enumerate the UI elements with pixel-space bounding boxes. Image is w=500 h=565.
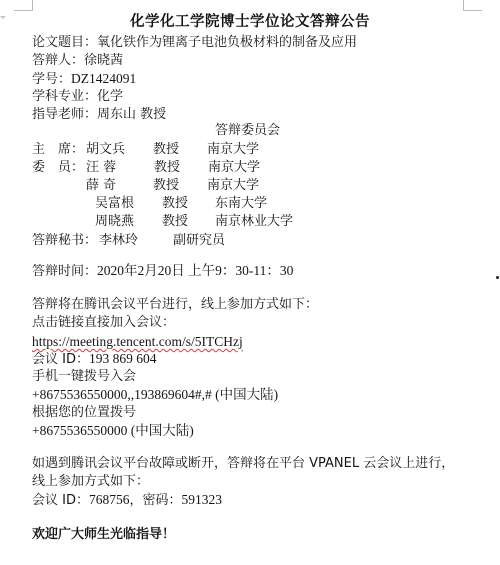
secretary-name: 李林玲: [99, 232, 138, 249]
major-label: 学科专业：: [32, 89, 97, 104]
thesis-value: 氧化铁作为锂离子电池负极材料的制备及应用: [97, 35, 357, 50]
backup-meeting-id: 768756: [89, 492, 130, 507]
student-id-value: DZ1424091: [71, 71, 136, 86]
secretary-title: 副研究员: [173, 232, 225, 249]
committee-member-name: 吴富根: [95, 195, 134, 212]
committee-member-title: 教授: [162, 195, 188, 212]
committee-member-affiliation: 南京大学: [207, 141, 259, 158]
advisor-line: 指导老师：周东山 教授: [32, 106, 166, 123]
chair-label: 主 席：: [32, 141, 84, 158]
committee-member-title: 教授: [153, 177, 179, 194]
secretary-label: 答辩秘书：: [32, 232, 97, 249]
candidate-line: 答辩人：徐晓茜: [32, 52, 123, 69]
meeting-url[interactable]: https://meeting.tencent.com/s/5ITCHzj: [32, 334, 243, 349]
meeting-id-value: 193 869 604: [89, 351, 157, 366]
location-prompt: 根据您的位置拨号: [32, 404, 136, 421]
backup-meeting-line: 会议 ID：768756，密码：591323: [32, 491, 222, 509]
committee-member-affiliation: 南京大学: [208, 159, 260, 176]
advisor-value: 周东山 教授: [97, 107, 166, 122]
candidate-value: 徐晓茜: [84, 53, 123, 68]
committee-member-name: 周晓燕: [95, 213, 134, 230]
backup-password: 591323: [182, 492, 223, 507]
backup-password-label: ，密码：: [129, 493, 181, 508]
candidate-label: 答辩人：: [32, 53, 84, 68]
defense-time-line: 答辩时间：2020年2月20日 上午9：30-11：30: [32, 262, 293, 280]
committee-member-name: 胡文兵: [86, 141, 125, 158]
committee-member-affiliation: 南京大学: [207, 177, 259, 194]
phone-one-tap: +8675536550000,,193869604#,# (中国大陆): [32, 386, 278, 403]
backup-meeting-label: 会议 ID：: [32, 493, 89, 508]
major-value: 化学: [97, 89, 123, 104]
phone-location: +8675536550000 (中国大陆): [32, 422, 194, 439]
committee-member-title: 教授: [154, 159, 180, 176]
member-label: 委 员：: [32, 159, 84, 176]
committee-member-name: 薛 奇: [86, 177, 116, 194]
meeting-link[interactable]: https://meeting.tencent.com/s/5ITCHzj: [32, 333, 243, 351]
committee-member-title: 教授: [162, 213, 188, 230]
thesis-label: 论文题目：: [32, 35, 97, 50]
student-id-line: 学号：DZ1424091: [32, 70, 136, 88]
bullet-dot-icon: [496, 276, 499, 279]
defense-time-value: 2020年2月20日 上午9：30-11：30: [97, 263, 293, 278]
backup-line-2: 线上参加方式如下：: [32, 473, 149, 490]
margin-corner-mark-right: [463, 0, 482, 11]
document-title: 化学化工学院博士学位论文答辩公告: [0, 12, 500, 32]
link-prompt: 点击链接直接加入会议：: [32, 314, 175, 331]
phone-prompt: 手机一键拨号入会: [32, 368, 136, 385]
defense-time-label: 答辩时间：: [32, 264, 97, 279]
major-line: 学科专业：化学: [32, 88, 123, 105]
document-page: 化学化工学院博士学位论文答辩公告 论文题目：氧化铁作为锂离子电池负极材料的制备及…: [0, 0, 500, 565]
committee-heading: 答辩委员会: [215, 122, 280, 139]
student-id-label: 学号：: [32, 72, 71, 87]
meeting-id-label: 会议 ID：: [32, 352, 89, 367]
committee-member-name: 汪 蓉: [86, 159, 116, 176]
committee-member-title: 教授: [153, 141, 179, 158]
meeting-id-line: 会议 ID：193 869 604: [32, 350, 156, 368]
thesis-line: 论文题目：氧化铁作为锂离子电池负极材料的制备及应用: [32, 34, 357, 51]
online-intro: 答辩将在腾讯会议平台进行，线上参加方式如下：: [32, 296, 318, 313]
committee-member-affiliation: 东南大学: [215, 195, 267, 212]
closing-line: 欢迎广大师生光临指导！: [32, 526, 175, 543]
committee-member-affiliation: 南京林业大学: [215, 213, 293, 230]
advisor-label: 指导老师：: [32, 107, 97, 122]
backup-line-1: 如遇到腾讯会议平台故障或断开，答辩将在平台 VPANEL 云会议上进行，: [32, 455, 454, 472]
margin-corner-mark-left: [14, 0, 33, 11]
